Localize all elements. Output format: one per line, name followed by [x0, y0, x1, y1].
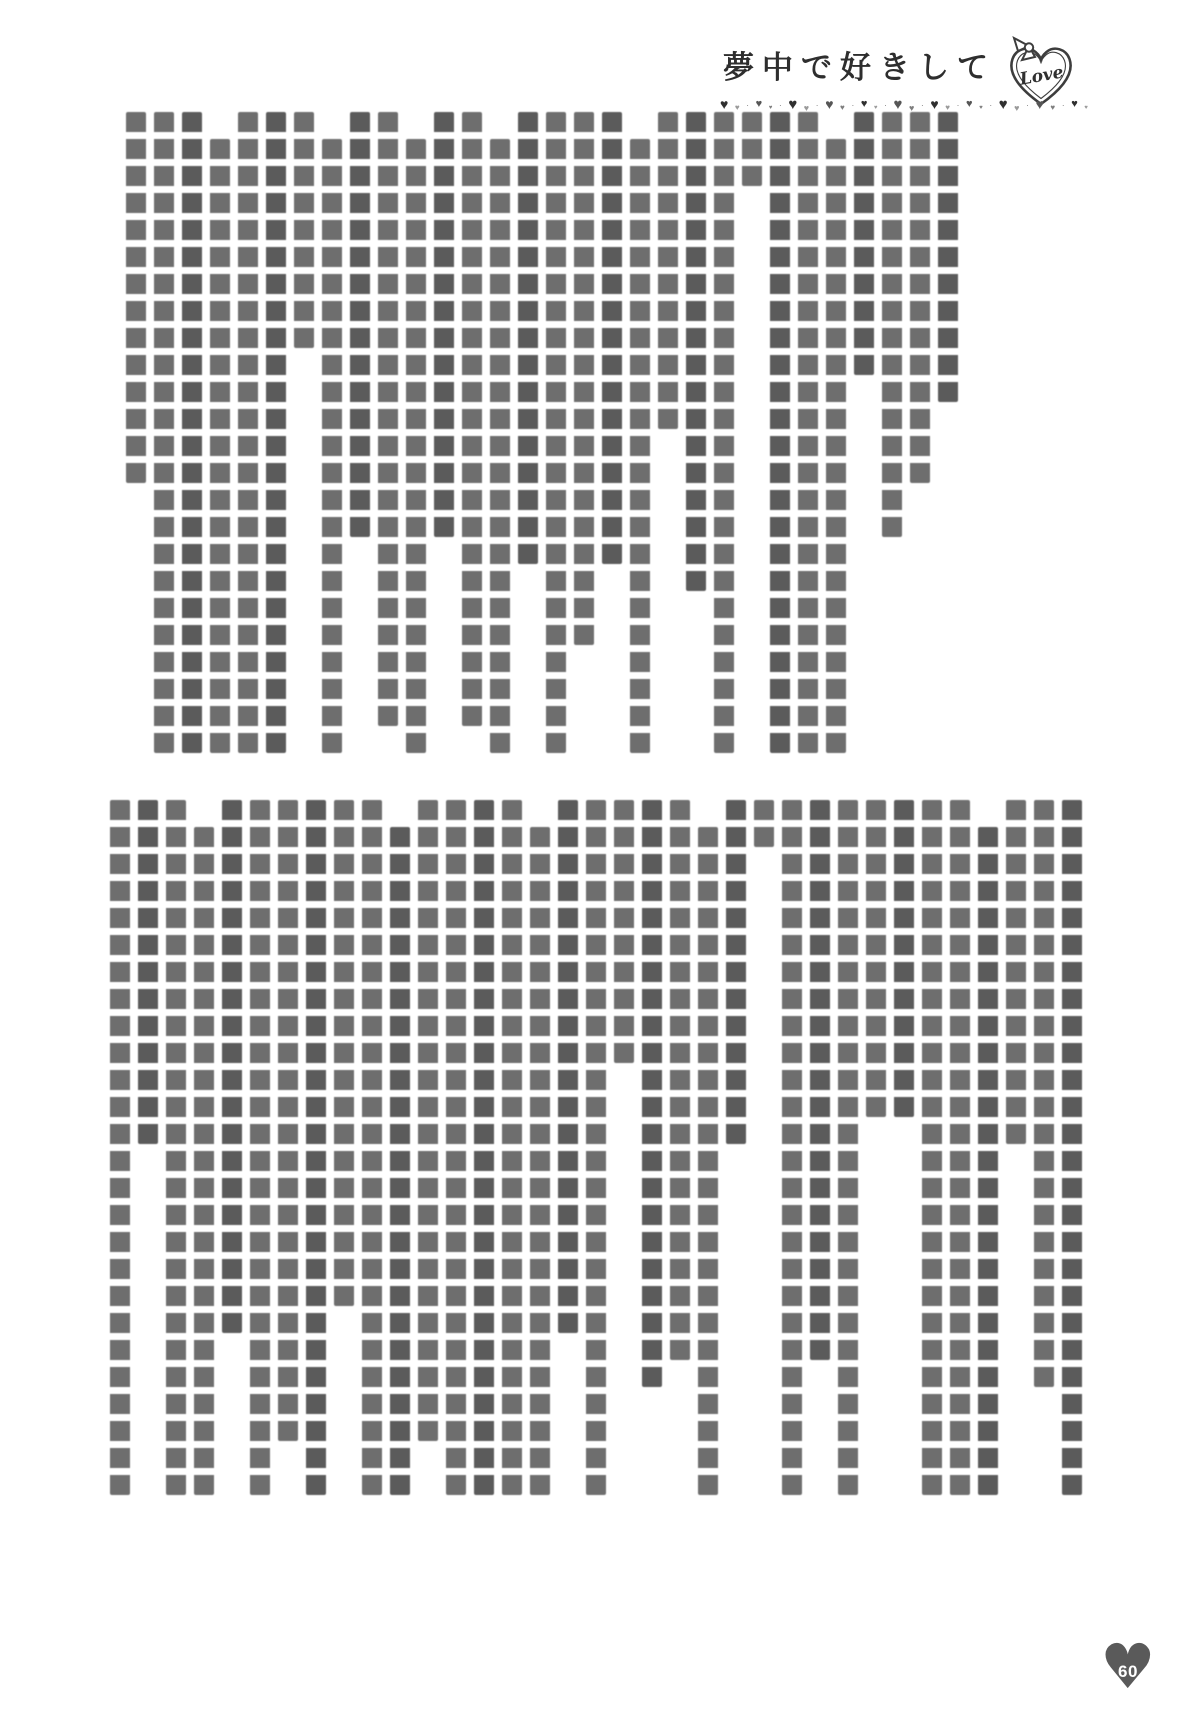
redacted-text-column — [686, 112, 706, 591]
divider-dot: · — [884, 101, 887, 110]
divider-dot: · — [851, 101, 854, 110]
divider-heart-icon: ♥ — [966, 99, 973, 110]
page-number-badge: ♥ 60 — [1100, 1650, 1158, 1706]
redacted-text-column — [642, 800, 662, 1387]
redacted-text-column — [278, 800, 298, 1441]
divider-heart-icon: ♥ — [825, 97, 833, 111]
redacted-text-column — [826, 139, 846, 753]
redacted-text-column — [714, 112, 734, 753]
divider-heart-icon: ♥ — [1084, 105, 1088, 111]
redacted-text-column — [474, 800, 494, 1495]
redacted-text-column — [782, 800, 802, 1495]
divider-heart-icon: ♥ — [930, 97, 938, 111]
divider-heart-icon: ♥ — [769, 105, 773, 111]
redacted-text-column — [194, 827, 214, 1495]
redacted-text-column — [630, 139, 650, 753]
redacted-text-column — [698, 827, 718, 1495]
divider-dot: · — [921, 101, 924, 110]
redacted-text-column — [742, 112, 762, 186]
divider-dot: · — [1062, 101, 1065, 110]
redacted-text-column — [670, 800, 690, 1360]
redacted-text-column — [110, 800, 130, 1495]
redacted-text-column — [602, 112, 622, 564]
redacted-text-column — [922, 800, 942, 1495]
redacted-text-column — [530, 827, 550, 1495]
redacted-text-column — [390, 827, 410, 1495]
redacted-text-column — [658, 112, 678, 429]
redacted-text-column — [1062, 800, 1082, 1495]
divider-dot: · — [1026, 101, 1029, 110]
redacted-text-column — [558, 800, 578, 1333]
divider-heart-icon: ♥ — [840, 104, 845, 112]
divider-heart-icon: ♥ — [894, 97, 903, 112]
redacted-text-column — [910, 112, 930, 483]
redacted-text-column — [854, 112, 874, 375]
redacted-text-column — [894, 800, 914, 1117]
redacted-text-column — [462, 112, 482, 726]
redacted-text-column — [950, 800, 970, 1495]
divider-dot: · — [957, 101, 960, 110]
redacted-text-column — [882, 112, 902, 537]
redacted-text-column — [754, 800, 774, 847]
redacted-text-column — [446, 800, 466, 1495]
page-number: 60 — [1100, 1662, 1156, 1682]
redacted-text-column — [434, 112, 454, 537]
redacted-text-column — [838, 800, 858, 1495]
redacted-text-column — [154, 112, 174, 753]
divider-heart-icon: ♥ — [945, 104, 950, 112]
redacted-text-column — [182, 112, 202, 753]
redacted-text-column — [138, 800, 158, 1144]
redacted-text-column — [518, 112, 538, 564]
divider-heart-icon: ♥ — [756, 99, 763, 110]
divider-heart-icon: ♥ — [720, 97, 728, 111]
love-logo-label: Love — [1017, 62, 1065, 90]
redacted-text-column — [294, 112, 314, 348]
redacted-text-column — [1006, 800, 1026, 1144]
redacted-text-column — [334, 800, 354, 1306]
redacted-text-column — [362, 800, 382, 1495]
redacted-text-column — [810, 800, 830, 1360]
redacted-text-column — [614, 800, 634, 1063]
chapter-title: 夢中で好きして — [723, 42, 996, 87]
redacted-text-column — [418, 800, 438, 1441]
redacted-text-column — [238, 112, 258, 753]
divider-heart-icon: ♥ — [1036, 97, 1044, 111]
divider-dot: · — [746, 101, 749, 110]
divider-heart-icon: ♥ — [1014, 104, 1019, 113]
redacted-text-column — [210, 139, 230, 753]
redacted-text-column — [166, 800, 186, 1495]
redacted-text-column — [306, 800, 326, 1495]
redacted-text-column — [266, 112, 286, 753]
redacted-text-column — [586, 800, 606, 1495]
redacted-text-column — [866, 800, 886, 1117]
divider-heart-icon: ♥ — [1050, 104, 1055, 112]
redacted-text-column — [574, 112, 594, 645]
redacted-text-column — [126, 112, 146, 483]
scanned-book-page: 夢中で好きして Love ♥♥·♥♥·♥♥·♥♥·♥♥·♥♥·♥♥·♥♥·♥♥·… — [0, 0, 1200, 1734]
divider-dot: · — [989, 101, 992, 110]
divider-heart-icon: ♥ — [788, 97, 797, 112]
redacted-text-column — [250, 800, 270, 1495]
redacted-text-column — [490, 139, 510, 753]
divider-dot: · — [779, 101, 782, 110]
redacted-text-column — [798, 112, 818, 753]
redacted-text-column — [1034, 800, 1054, 1387]
redacted-text-column — [546, 112, 566, 753]
redacted-text-column — [726, 800, 746, 1144]
bow-icon — [1014, 38, 1035, 60]
redacted-text-column — [406, 139, 426, 753]
divider-heart-icon: ♥ — [999, 97, 1008, 112]
divider-heart-icon: ♥ — [861, 99, 868, 110]
divider-dot: · — [816, 101, 819, 110]
divider-heart-icon: ♥ — [735, 104, 740, 112]
redacted-text-column — [322, 139, 342, 753]
redacted-text-column — [222, 800, 242, 1333]
redacted-text-column — [502, 800, 522, 1495]
redacted-text-column — [378, 112, 398, 726]
redacted-text-column — [978, 827, 998, 1495]
redacted-text-column — [770, 112, 790, 753]
divider-heart-icon: ♥ — [1071, 99, 1078, 110]
divider-heart-icon: ♥ — [874, 105, 878, 111]
divider-heart-icon: ♥ — [979, 105, 983, 111]
redacted-text-column — [350, 112, 370, 537]
redacted-text-column — [938, 112, 958, 402]
